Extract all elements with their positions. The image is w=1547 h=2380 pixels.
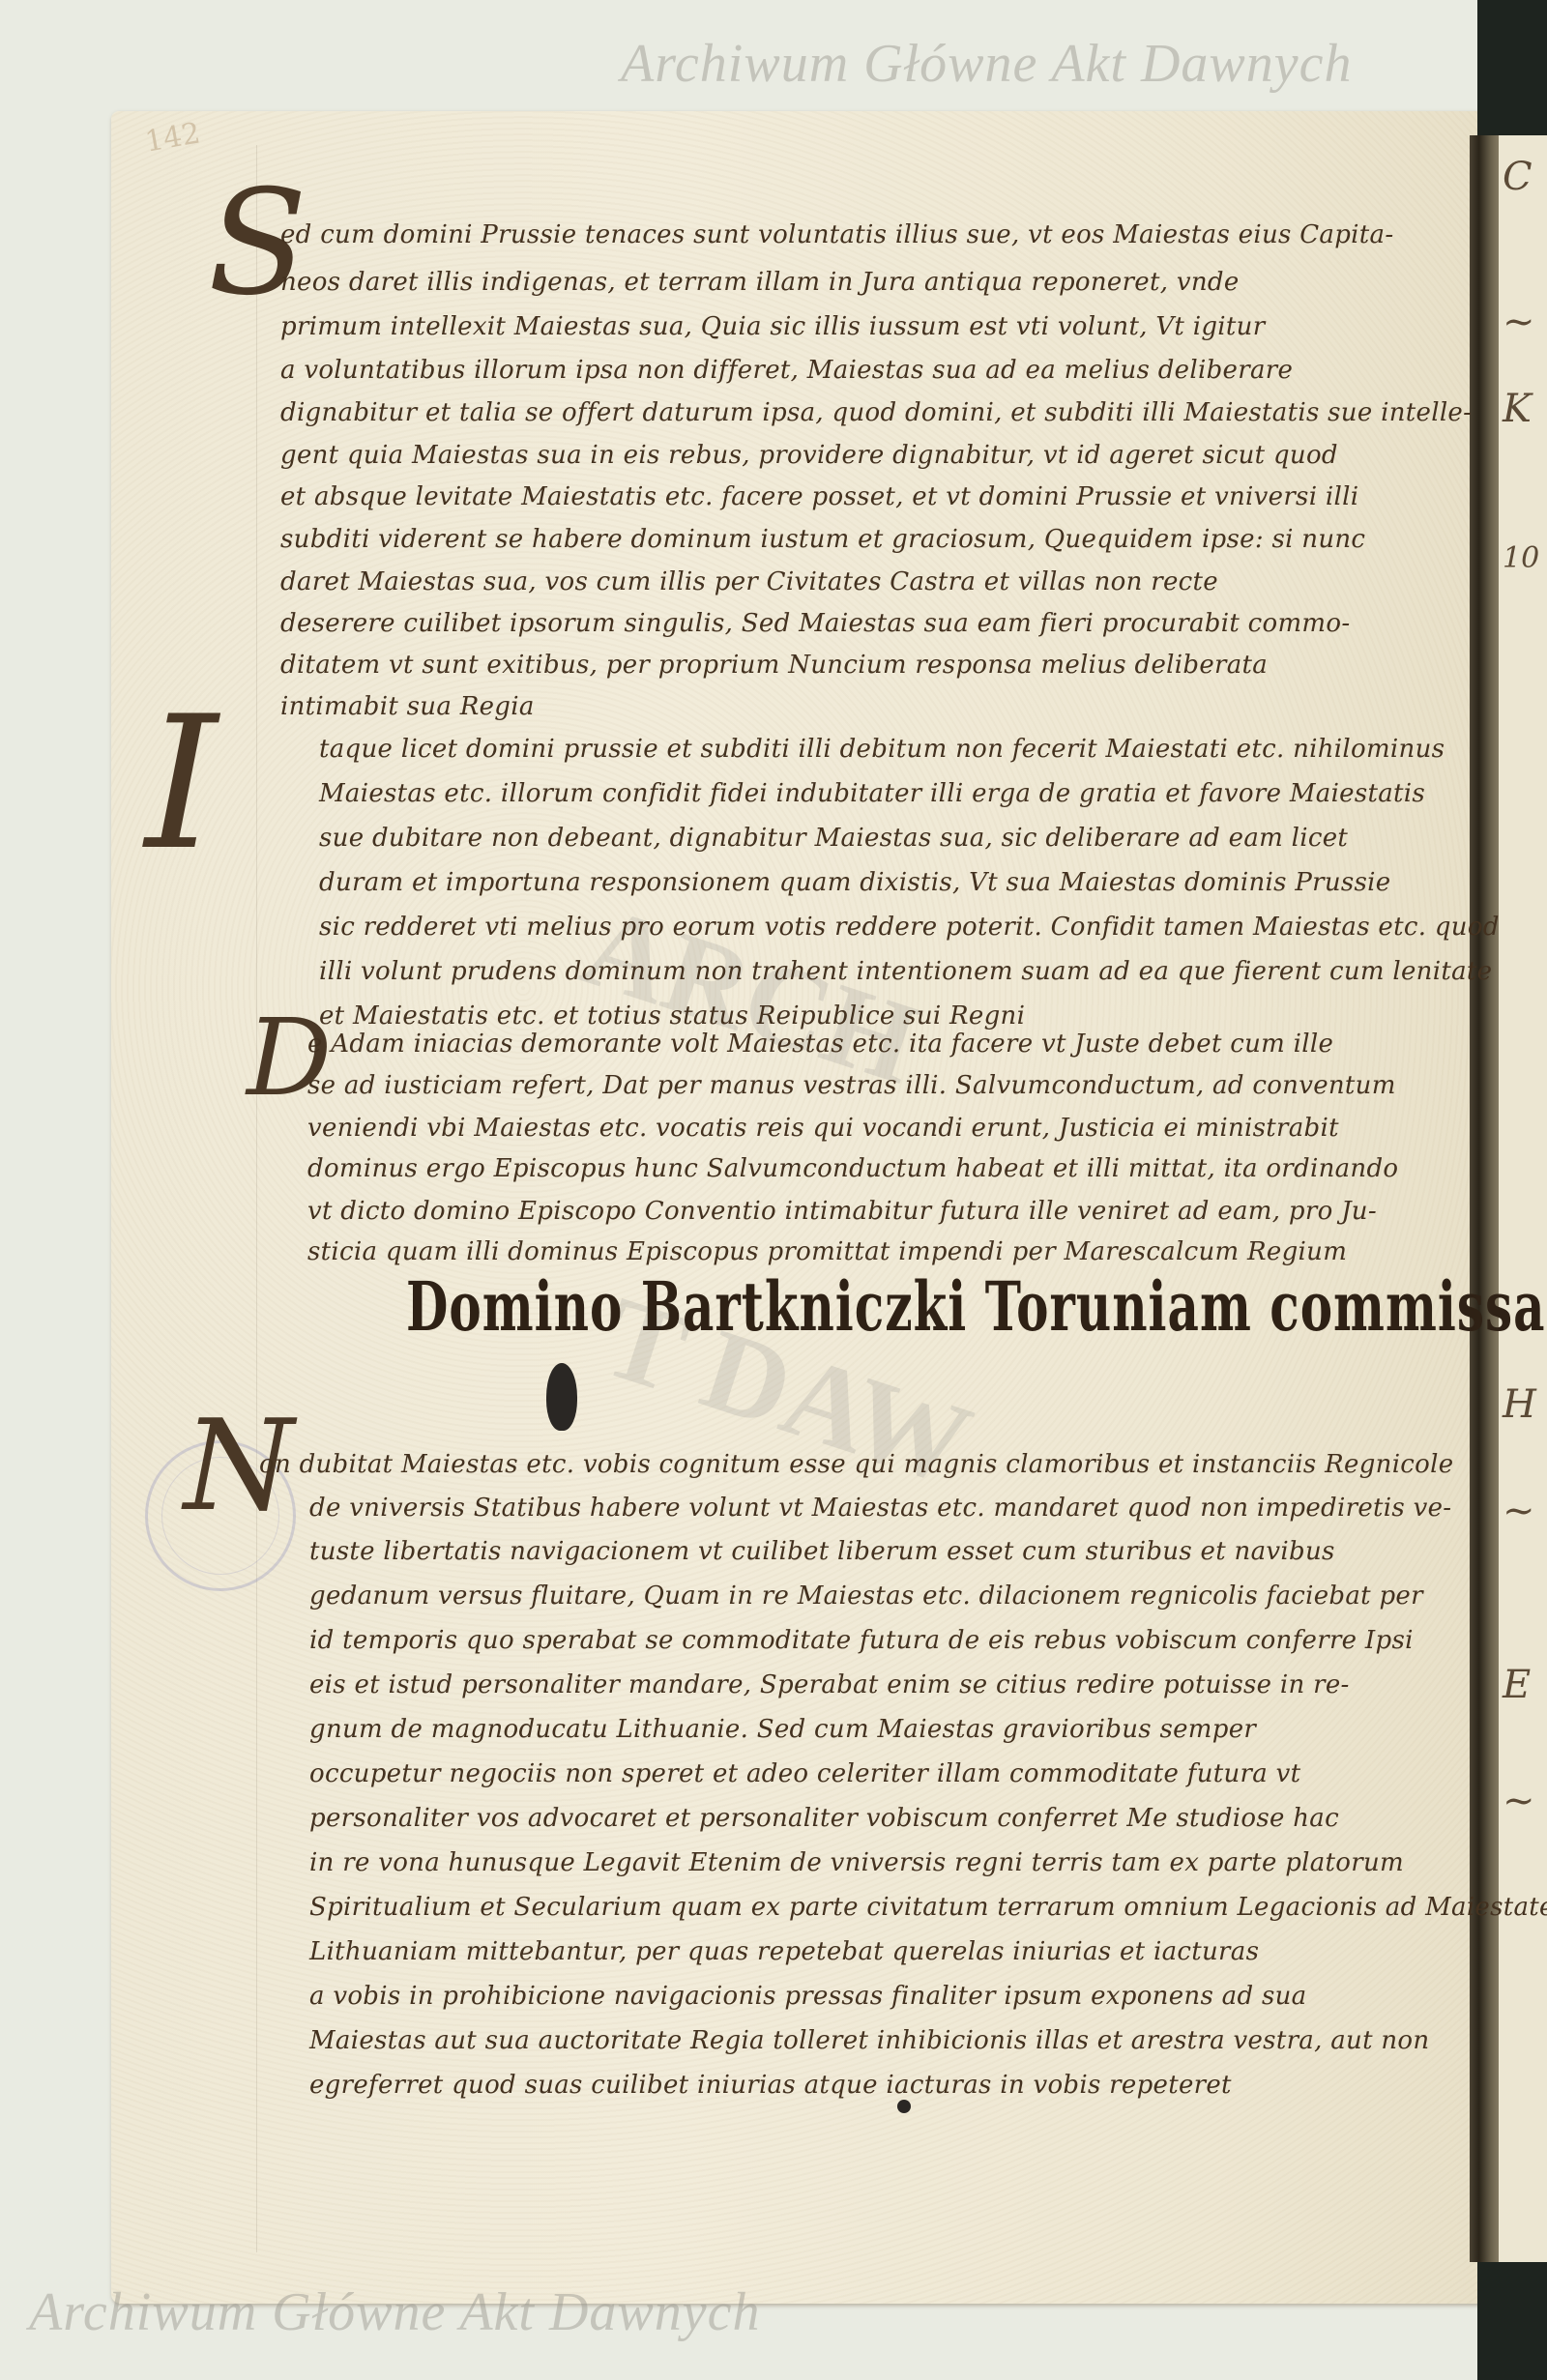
text-line: Lithuaniam mittebantur, per quas repeteb… (309, 1937, 1259, 1966)
text-line: Maiestas etc. illorum confidit fidei ind… (319, 779, 1425, 808)
text-line: in re vona hunusque Legavit Etenim de vn… (309, 1848, 1404, 1877)
text-line: ed cum domini Prussie tenaces sunt volun… (280, 220, 1393, 249)
text-line: de vniversis Statibus habere volunt vt M… (309, 1494, 1451, 1523)
text-line: veniendi vbi Maiestas etc. vocatis reis … (307, 1114, 1339, 1143)
text-line: ditatem vt sunt exitibus, per proprium N… (280, 651, 1268, 680)
text-line: taque licet domini prussie et subditi il… (319, 735, 1445, 764)
text-line: primum intellexit Maiestas sua, Quia sic… (280, 312, 1265, 341)
text-line: occupetur negociis non speret et adeo ce… (309, 1759, 1300, 1788)
text-line: sticia quam illi dominus Episcopus promi… (307, 1237, 1347, 1266)
text-line: Spiritualium et Secularium quam ex parte… (309, 1893, 1547, 1922)
text-line: se ad iusticiam refert, Dat per manus ve… (307, 1071, 1396, 1100)
text-line: dignabitur et talia se offert daturum ip… (280, 398, 1472, 427)
text-line: a voluntatibus illorum ipsa non differet… (280, 356, 1293, 385)
text-line: intimabit sua Regia (280, 692, 535, 721)
text-line: neos daret illis indigenas, et terram il… (280, 268, 1240, 297)
text-line: deserere cuilibet ipsorum singulis, Sed … (280, 609, 1350, 638)
text-line: sic redderet vti melius pro eorum votis … (319, 913, 1500, 942)
ink-dot (897, 2100, 911, 2113)
text-line: egreferret quod suas cuilibet iniurias a… (309, 2071, 1232, 2100)
decorated-initial: I (145, 677, 218, 890)
section-heading: Domino Bartkniczki Toruniam commissa (406, 1266, 1546, 1347)
text-line: tuste libertatis navigacionem vt cuilibe… (309, 1537, 1335, 1566)
text-line: personaliter vos advocaret et personalit… (309, 1804, 1339, 1833)
text-line: gedanum versus fluitare, Quam in re Maie… (309, 1582, 1423, 1611)
text-line: et absque levitate Maiestatis etc. facer… (280, 482, 1358, 511)
text-line: a vobis in prohibicione navigacionis pre… (309, 1982, 1306, 2011)
text-line: gent quia Maiestas sua in eis rebus, pro… (280, 441, 1338, 470)
text-line: subditi viderent se habere dominum iustu… (280, 525, 1365, 554)
text-line: on dubitat Maiestas etc. vobis cognitum … (259, 1450, 1453, 1479)
text-line: daret Maiestas sua, vos cum illis per Ci… (280, 567, 1218, 596)
text-line: e Adam iniacias demorante volt Maiestas … (307, 1030, 1333, 1059)
text-line: duram et importuna responsionem quam dix… (319, 868, 1390, 897)
manuscript-text: S ed cum domini Prussie tenaces sunt vol… (0, 0, 1547, 2380)
archive-watermark-top: Archiwum Główne Akt Dawnych (621, 33, 1352, 95)
archive-watermark-bottom: Archiwum Główne Akt Dawnych (29, 2281, 760, 2343)
text-line: id temporis quo sperabat se commoditate … (309, 1626, 1414, 1655)
text-line: gnum de magnoducatu Lithuanie. Sed cum M… (309, 1715, 1256, 1744)
text-line: et Maiestatis etc. et totius status Reip… (319, 1001, 1025, 1030)
text-line: sue dubitare non debeant, dignabitur Mai… (319, 824, 1348, 853)
text-line: eis et istud personaliter mandare, Spera… (309, 1670, 1350, 1699)
text-line: vt dicto domino Episcopo Conventio intim… (307, 1197, 1377, 1226)
text-line: illi volunt prudens dominum non trahent … (319, 957, 1492, 986)
text-line: Maiestas aut sua auctoritate Regia tolle… (309, 2026, 1429, 2055)
ink-blot (546, 1363, 577, 1431)
text-line: dominus ergo Episcopus hunc Salvumconduc… (307, 1154, 1398, 1183)
